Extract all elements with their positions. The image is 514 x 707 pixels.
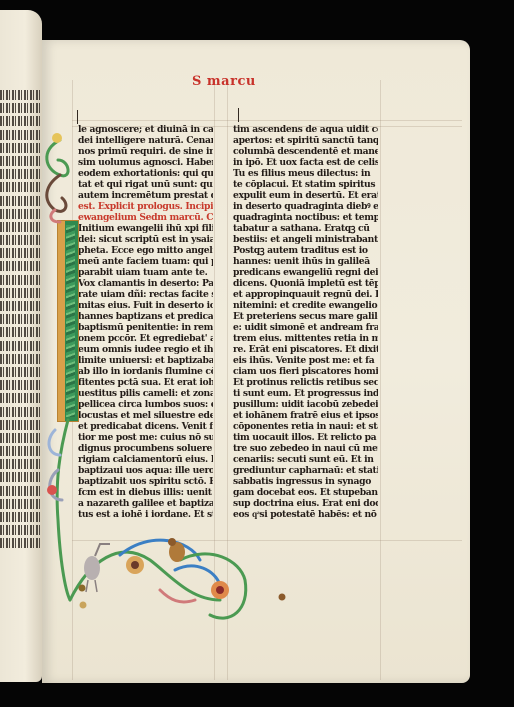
heron-icon xyxy=(84,544,110,592)
upper-scroll-vine xyxy=(47,133,68,222)
flower-icon xyxy=(126,556,229,599)
gold-dot-icon xyxy=(79,585,286,609)
left-scroll-vine xyxy=(47,420,70,600)
illuminated-border xyxy=(0,0,514,707)
